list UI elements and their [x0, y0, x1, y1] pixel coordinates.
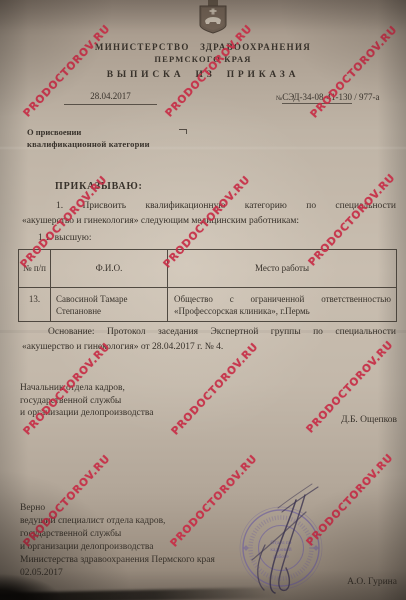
order-subitem: 1.1. высшую: — [38, 233, 92, 243]
table-row-name: Савосиной Тамаре Степановне — [50, 287, 167, 321]
order-heading: ПРИКАЗЫВАЮ: — [55, 181, 143, 192]
corner-bracket-mark — [179, 129, 187, 134]
signatory-position-line3: и организации делопроизводства — [20, 407, 153, 420]
certification-line3: и организации делопроизводства — [20, 541, 215, 554]
order-paragraph-line1: 1. Присвоить квалификационную категорию … — [22, 201, 396, 211]
ministry-name-line1: МИНИСТЕРСТВО ЗДРАВООХРАНЕНИЯ — [0, 42, 406, 52]
paper-crease — [0, 330, 406, 333]
certification-block: Верно ведущий специалист отдела кадров, … — [20, 502, 215, 567]
perm-krai-coat-of-arms-icon — [193, 0, 233, 35]
certification-line2: государственной службы — [20, 528, 215, 541]
document-photo: МИНИСТЕРСТВО ЗДРАВООХРАНЕНИЯ ПЕРМСКОГО К… — [0, 0, 406, 600]
order-date: 28.04.2017 — [64, 91, 157, 105]
table-row-workplace: Общество с ограниченной ответственностью… — [167, 287, 396, 321]
signatory-position: Начальник отдела кадров, государственной… — [20, 382, 153, 420]
table-header-workplace: Место работы — [167, 250, 396, 287]
recipients-table: № п/п Ф.И.О. Место работы 13. Савосиной … — [18, 249, 397, 322]
signatory-name: Д.Б. Ощепков — [290, 415, 397, 425]
certification-line1: ведущий специалист отдела кадров, — [20, 515, 215, 528]
paper-crease — [0, 146, 406, 150]
basis-line2: «акушерство и гинекология» от 28.04.2017… — [22, 342, 396, 352]
signatory-position-line2: государственной службы — [20, 395, 153, 408]
table-row-number: 13. — [19, 287, 50, 321]
ministry-name-line2: ПЕРМСКОГО КРАЯ — [0, 54, 406, 64]
order-number: №СЭД-34-08-41-130 / 977-а — [276, 92, 380, 102]
order-number-main: СЭД-34-08-41-130 — [282, 92, 352, 104]
watermark-prodoctorov: PRODOCTOROV.RU — [169, 340, 261, 437]
subject-line1: О присвоении — [27, 127, 81, 137]
certification-verno: Верно — [20, 502, 215, 515]
document-type-title: ВЫПИСКА ИЗ ПРИКАЗА — [0, 70, 406, 80]
table-header-fio: Ф.И.О. — [50, 250, 167, 287]
order-paragraph-line2: «акушерство и гинекология» следующим мед… — [22, 216, 396, 226]
order-number-suffix: / 977-а — [352, 92, 380, 102]
table-header-num: № п/п — [19, 250, 50, 287]
dark-corner — [0, 565, 82, 600]
handwritten-signature — [240, 478, 330, 598]
signatory-position-line1: Начальник отдела кадров, — [20, 382, 153, 395]
